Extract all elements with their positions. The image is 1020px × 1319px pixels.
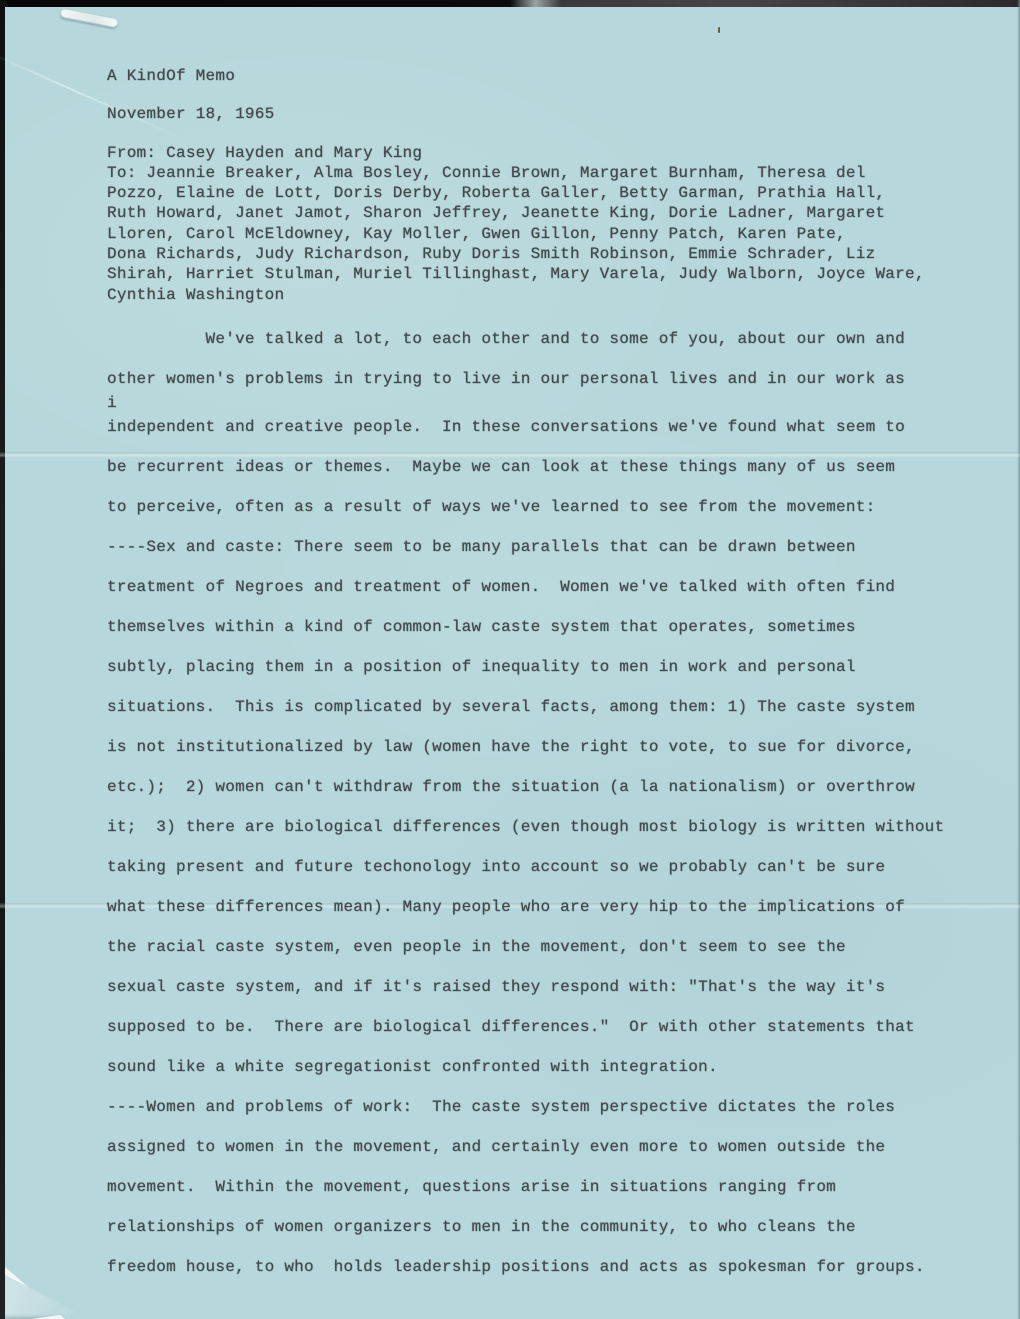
memo-body-line: supposed to be. There are biological dif… — [107, 1007, 967, 1047]
memo-body-line: assigned to women in the movement, and c… — [107, 1127, 967, 1167]
memo-body-line: the racial caste system, even people in … — [107, 927, 967, 967]
memo-body-line: situations. This is complicated by sever… — [107, 687, 967, 727]
memo-title: A KindOf Memo — [107, 66, 967, 86]
folded-corner — [5, 1267, 85, 1319]
memo-body-line: ----Women and problems of work: The cast… — [107, 1087, 967, 1127]
staple-glint — [60, 9, 119, 29]
memo-body-line: what these differences mean). Many peopl… — [107, 887, 967, 927]
memo-body-line: relationships of women organizers to men… — [107, 1207, 967, 1247]
address-block: From: Casey Hayden and Mary King To: Jea… — [107, 143, 967, 305]
scan-edge-left — [0, 0, 5, 1319]
memo-body-line: etc.); 2) women can't withdraw from the … — [107, 767, 967, 807]
memo-to-lines: To: Jeannie Breaker, Alma Bosley, Connie… — [107, 163, 967, 305]
memo-to-line: Lloren, Carol McEldowney, Kay Moller, Gw… — [107, 224, 967, 244]
memo-body-line: i — [107, 399, 967, 407]
memo-body-line: sound like a white segregationist confro… — [107, 1047, 967, 1087]
paper-speck — [718, 27, 720, 33]
memo-to-line: Dona Richards, Judy Richardson, Ruby Dor… — [107, 244, 967, 264]
memo-body-line: it; 3) there are biological differences … — [107, 807, 967, 847]
memo-body-line: movement. Within the movement, questions… — [107, 1167, 967, 1207]
memo-page: A KindOf Memo November 18, 1965 From: Ca… — [0, 0, 1020, 1319]
memo-body-line: treatment of Negroes and treatment of wo… — [107, 567, 967, 607]
memo-body-line: freedom house, to who holds leadership p… — [107, 1247, 967, 1287]
memo-to-line: Shirah, Harriet Stulman, Muriel Tillingh… — [107, 264, 967, 284]
memo-content: A KindOf Memo November 18, 1965 From: Ca… — [107, 66, 967, 1287]
memo-to-line: Ruth Howard, Janet Jamot, Sharon Jeffrey… — [107, 203, 967, 223]
memo-body-line: taking present and future techonology in… — [107, 847, 967, 887]
memo-to-line: Cynthia Washington — [107, 285, 967, 305]
memo-date: November 18, 1965 — [107, 104, 967, 124]
memo-body-line: sexual caste system, and if it's raised … — [107, 967, 967, 1007]
scan-edge-top — [0, 0, 1020, 7]
memo-body-line: ----Sex and caste: There seem to be many… — [107, 527, 967, 567]
memo-body-line: other women's problems in trying to live… — [107, 359, 967, 399]
memo-to-line: Pozzo, Elaine de Lott, Doris Derby, Robe… — [107, 183, 967, 203]
memo-body-line: be recurrent ideas or themes. Maybe we c… — [107, 447, 967, 487]
memo-from-line: From: Casey Hayden and Mary King — [107, 143, 967, 163]
memo-body-line: subtly, placing them in a position of in… — [107, 647, 967, 687]
memo-body-line: is not institutionalized by law (women h… — [107, 727, 967, 767]
memo-to-line: To: Jeannie Breaker, Alma Bosley, Connie… — [107, 163, 967, 183]
memo-body-line: We've talked a lot, to each other and to… — [107, 319, 967, 359]
memo-body: We've talked a lot, to each other and to… — [107, 319, 967, 1287]
memo-body-line: to perceive, often as a result of ways w… — [107, 487, 967, 527]
memo-body-line: themselves within a kind of common-law c… — [107, 607, 967, 647]
memo-body-line: independent and creative people. In thes… — [107, 407, 967, 447]
